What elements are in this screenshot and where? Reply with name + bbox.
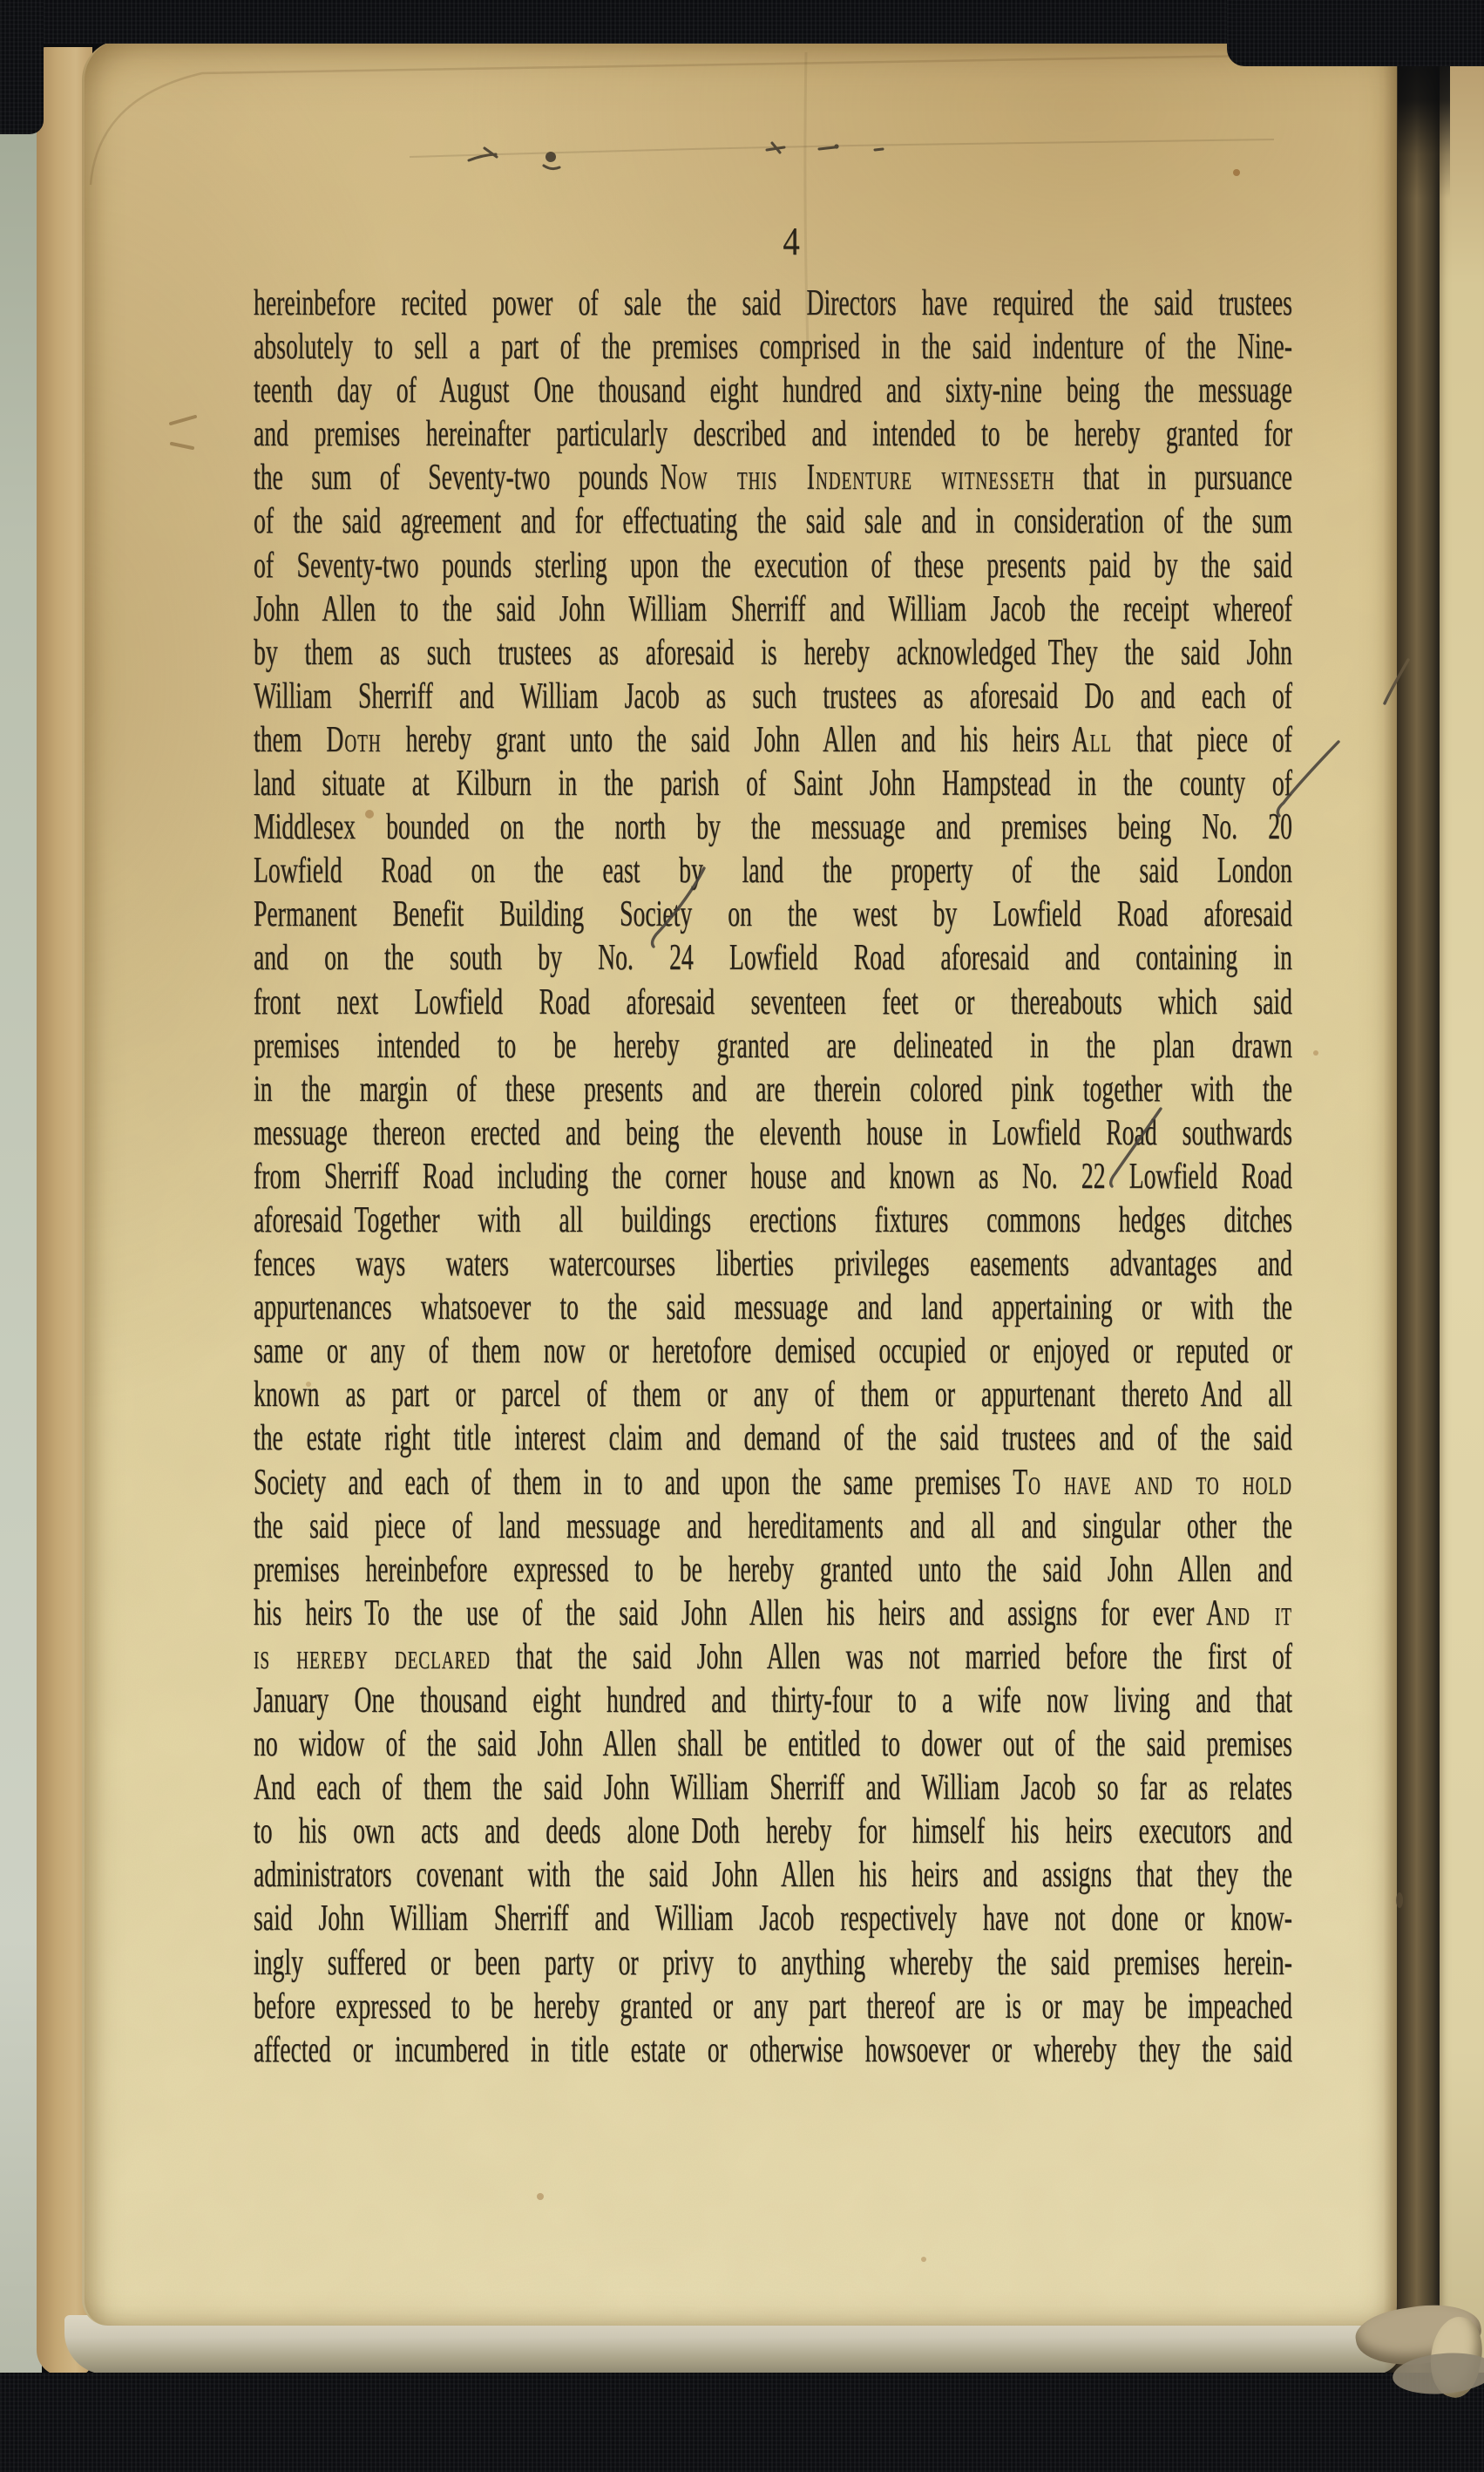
adjacent-page-edge — [1440, 52, 1484, 2374]
text-segment: Society and each of them in to and upon … — [254, 1463, 1013, 1503]
text-line-3: teenth day of August One thousand eight … — [254, 369, 1292, 412]
book-cover-bottom — [0, 2373, 1484, 2472]
text-segment: land situate at Kilburn in the parish of… — [254, 764, 1292, 804]
text-line-33: January One thousand eight hundred and t… — [254, 1679, 1292, 1722]
text-segment: ingly suffered or been party or privy to… — [254, 1943, 1292, 1983]
text-segment: fences ways waters watercourses libertie… — [254, 1244, 1292, 1284]
text-line-19: in the margin of these presents and are … — [254, 1068, 1292, 1111]
deed-text-block: hereinbefore recited power of sale the s… — [254, 282, 1292, 2072]
text-line-9: by them as such trustees as aforesaid is… — [254, 631, 1292, 675]
text-line-10: William Sherriff and William Jacob as su… — [254, 675, 1292, 718]
text-line-40: before expressed to be hereby granted or… — [254, 1985, 1292, 2028]
text-segment: to his own acts and deeds alone Doth her… — [254, 1811, 1292, 1851]
text-line-18: premises intended to be hereby granted a… — [254, 1024, 1292, 1068]
text-line-21: from Sherriff Road including the corner … — [254, 1155, 1292, 1199]
text-line-13: Middlesex bounded on the north by the me… — [254, 805, 1292, 849]
text-line-28: Society and each of them in to and upon … — [254, 1461, 1292, 1504]
text-segment: William Sherriff and William Jacob as su… — [254, 676, 1292, 716]
text-line-12: land situate at Kilburn in the parish of… — [254, 762, 1292, 805]
text-segment: appurtenances whatsoever to the said mes… — [254, 1287, 1292, 1328]
text-line-32: is hereby declared that the said John Al… — [254, 1635, 1292, 1679]
text-segment: by them as such trustees as aforesaid is… — [254, 633, 1292, 673]
page-number: 4 — [774, 218, 809, 264]
text-line-4: and premises hereinafter particularly de… — [254, 412, 1292, 456]
text-line-34: no widow of the said John Allen shall be… — [254, 1722, 1292, 1766]
text-segment: premises hereinbefore expressed to be he… — [254, 1550, 1292, 1590]
text-line-39: ingly suffered or been party or privy to… — [254, 1941, 1292, 1985]
text-line-7: of Seventy-two pounds sterling upon the … — [254, 544, 1292, 587]
text-segment: that piece of — [1112, 720, 1292, 760]
text-segment: John Allen to the said John William Sher… — [254, 589, 1292, 629]
text-segment: absolutely to sell a part of the premise… — [254, 327, 1292, 367]
text-segment: of the said agreement and for effectuati… — [254, 501, 1292, 541]
text-line-31: his heirs To the use of the said John Al… — [254, 1592, 1292, 1635]
text-line-2: absolutely to sell a part of the premise… — [254, 325, 1292, 369]
text-line-20: messuage thereon erected and being the e… — [254, 1111, 1292, 1155]
small-caps-phrase: All — [1072, 720, 1112, 760]
text-segment: that in pursuance — [1054, 458, 1292, 498]
text-segment: his heirs To the use of the said John Al… — [254, 1593, 1206, 1633]
text-segment: in the margin of these presents and are … — [254, 1070, 1292, 1110]
text-line-36: to his own acts and deeds alone Doth her… — [254, 1810, 1292, 1853]
text-line-1: hereinbefore recited power of sale the s… — [254, 282, 1292, 325]
text-segment: Middlesex bounded on the north by the me… — [254, 807, 1292, 847]
small-caps-phrase: Doth — [326, 720, 381, 760]
small-caps-phrase: is hereby declared — [254, 1637, 491, 1677]
text-segment: administrators covenant with the said Jo… — [254, 1855, 1292, 1895]
text-line-26: known as part or parcel of them or any o… — [254, 1373, 1292, 1416]
text-segment: no widow of the said John Allen shall be… — [254, 1724, 1292, 1764]
underlying-page-edge — [0, 124, 42, 2392]
scanned-book-photo: 4 hereinbefore recited power of sale the… — [0, 0, 1484, 2472]
text-segment: same or any of them now or heretofore de… — [254, 1331, 1292, 1371]
text-segment: affected or incumbered in title estate o… — [254, 2030, 1292, 2070]
text-line-15: Permanent Benefit Building Society on th… — [254, 893, 1292, 936]
text-line-38: said John William Sherriff and William J… — [254, 1897, 1292, 1940]
text-segment: the estate right title interest claim an… — [254, 1418, 1292, 1458]
text-segment: from Sherriff Road including the corner … — [254, 1157, 1292, 1197]
text-segment: said John William Sherriff and William J… — [254, 1898, 1292, 1939]
text-segment: front next Lowfield Road aforesaid seven… — [254, 982, 1292, 1022]
page-gutter-shadow — [1384, 44, 1445, 2374]
book-cover-left — [0, 0, 44, 134]
text-line-11: them Doth hereby grant unto the said Joh… — [254, 718, 1292, 762]
text-segment: And each of them the said John William S… — [254, 1768, 1292, 1808]
text-line-41: affected or incumbered in title estate o… — [254, 2028, 1292, 2072]
text-segment: of Seventy-two pounds sterling upon the … — [254, 546, 1292, 586]
text-segment: Lowfield Road on the east by land the pr… — [254, 851, 1292, 891]
text-segment: messuage thereon erected and being the e… — [254, 1113, 1292, 1153]
text-segment: aforesaid Together with all buildings er… — [254, 1200, 1292, 1240]
text-line-37: administrators covenant with the said Jo… — [254, 1853, 1292, 1897]
text-line-22: aforesaid Together with all buildings er… — [254, 1199, 1292, 1242]
text-segment: Permanent Benefit Building Society on th… — [254, 894, 1292, 934]
text-line-5: the sum of Seventy-two pounds Now this I… — [254, 456, 1292, 499]
text-segment: January One thousand eight hundred and t… — [254, 1681, 1292, 1721]
text-segment: the said piece of land messuage and here… — [254, 1506, 1292, 1546]
small-caps-phrase: Now this Indenture witnesseth — [661, 458, 1055, 498]
text-segment: the sum of Seventy-two pounds — [254, 458, 661, 498]
book-cover-top-right — [1227, 0, 1484, 66]
text-line-16: and on the south by No. 24 Lowfield Road… — [254, 936, 1292, 980]
text-segment: before expressed to be hereby granted or… — [254, 1986, 1292, 2027]
text-segment: known as part or parcel of them or any o… — [254, 1375, 1292, 1415]
small-caps-phrase: And it — [1206, 1593, 1292, 1633]
text-line-23: fences ways waters watercourses libertie… — [254, 1242, 1292, 1286]
text-line-6: of the said agreement and for effectuati… — [254, 499, 1292, 543]
text-line-24: appurtenances whatsoever to the said mes… — [254, 1286, 1292, 1329]
text-line-30: premises hereinbefore expressed to be he… — [254, 1548, 1292, 1592]
text-segment: hereby grant unto the said John Allen an… — [382, 720, 1072, 760]
text-segment: hereinbefore recited power of sale the s… — [254, 283, 1292, 323]
text-line-8: John Allen to the said John William Sher… — [254, 587, 1292, 631]
text-segment: teenth day of August One thousand eight … — [254, 370, 1292, 411]
text-line-27: the estate right title interest claim an… — [254, 1416, 1292, 1460]
text-segment: them — [254, 720, 326, 760]
text-line-17: front next Lowfield Road aforesaid seven… — [254, 981, 1292, 1024]
text-segment: premises intended to be hereby granted a… — [254, 1026, 1292, 1066]
text-segment: and on the south by No. 24 Lowfield Road… — [254, 938, 1292, 978]
text-segment: and premises hereinafter particularly de… — [254, 414, 1292, 454]
small-caps-phrase: To have and to hold — [1013, 1463, 1292, 1503]
text-line-25: same or any of them now or heretofore de… — [254, 1329, 1292, 1373]
text-line-35: And each of them the said John William S… — [254, 1766, 1292, 1810]
text-line-14: Lowfield Road on the east by land the pr… — [254, 849, 1292, 893]
text-line-29: the said piece of land messuage and here… — [254, 1504, 1292, 1548]
text-segment: that the said John Allen was not married… — [491, 1637, 1292, 1677]
